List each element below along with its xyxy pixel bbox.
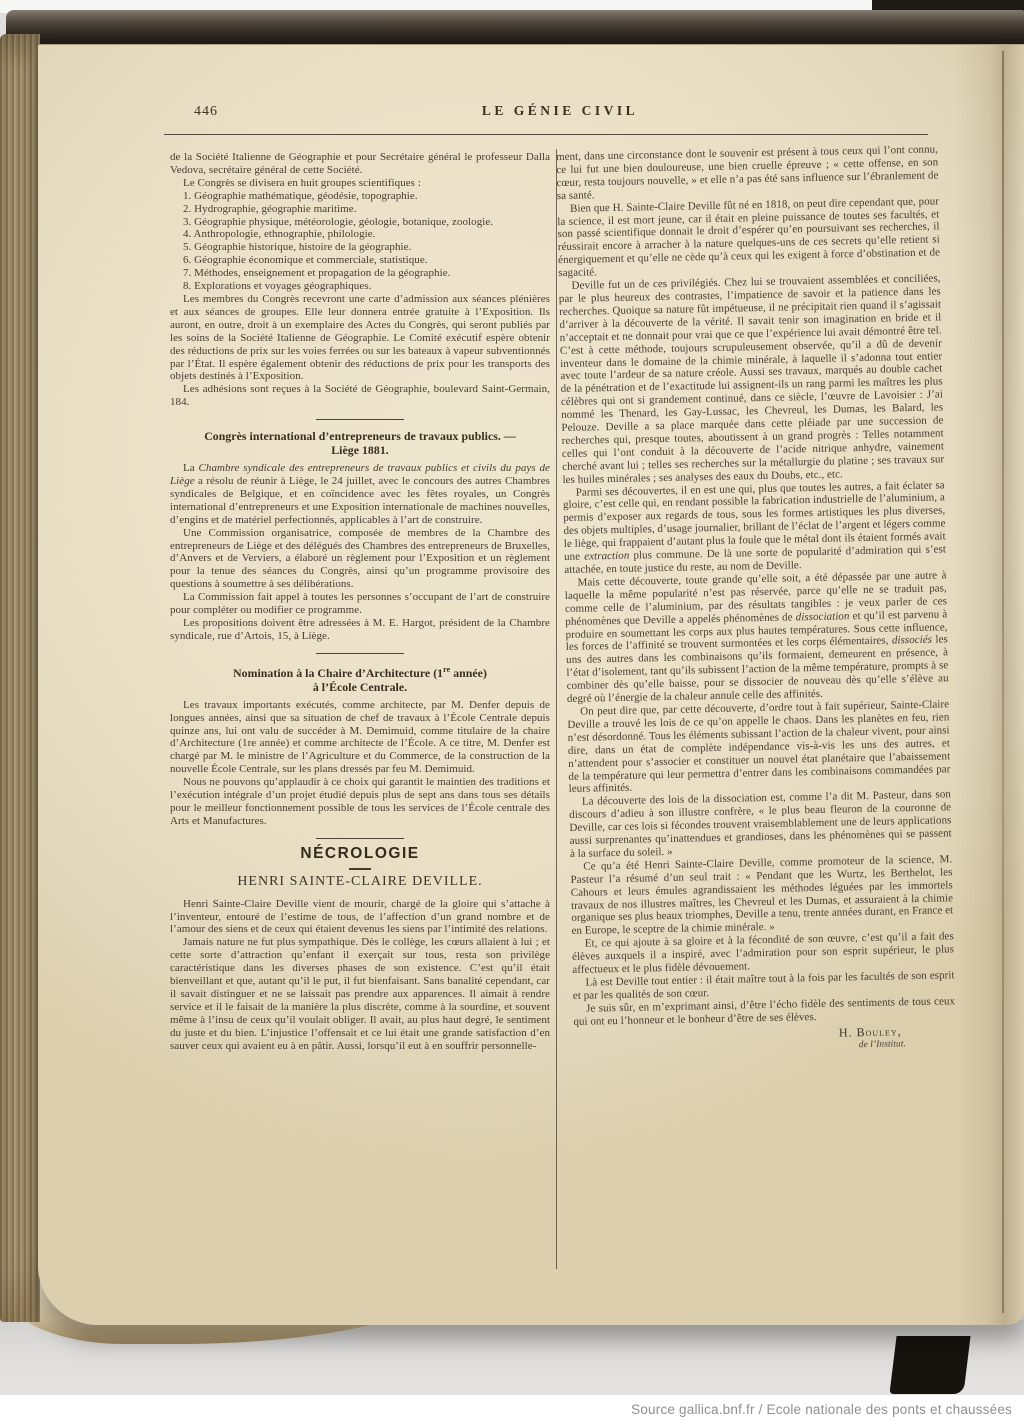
left-column: de la Société Italienne de Géographie et…: [170, 151, 550, 1057]
paragraph: Le Congrès se divisera en huit groupes s…: [170, 177, 550, 190]
paragraph: Les adhésions sont reçues à la Société d…: [170, 383, 550, 409]
section-heading-nomination: Nomination à la Chaire d’Architecture (1…: [196, 663, 524, 694]
section-divider-rule: [316, 653, 404, 654]
paragraph: La Chambre syndicale des entrepreneurs d…: [170, 462, 550, 527]
paragraph: Jamais nature ne fut plus sympathique. D…: [170, 936, 550, 1052]
paragraph: de la Société Italienne de Géographie et…: [170, 151, 550, 177]
section-divider-rule: [316, 419, 404, 420]
text-run: Nomination à la Chaire d’Architecture (1: [233, 666, 443, 680]
text-run: année): [450, 666, 487, 680]
gutter-fold-line: [1002, 51, 1004, 1313]
paragraph: Les membres du Congrès recevront une car…: [170, 293, 550, 383]
journal-page: 446 LE GÉNIE CIVIL de la Société Italien…: [38, 44, 1024, 1325]
text-run: à l’École Centrale.: [313, 680, 407, 694]
page-edge-stack: [0, 34, 40, 1322]
paragraph: Ce qu’a été Henri Sainte-Claire Deville,…: [570, 853, 953, 938]
list-item: 8. Explorations et voyages géographiques…: [170, 280, 550, 293]
paragraph: Nous ne pouvons qu’applaudir à ce choix …: [170, 776, 550, 828]
section-divider-rule: [316, 838, 404, 839]
italic-phrase: dissociation: [796, 610, 850, 623]
paragraph: Les propositions doivent être adressées …: [170, 617, 550, 643]
list-item: 6. Géographie économique et commerciale,…: [170, 254, 550, 267]
italic-phrase: extraction: [584, 550, 629, 563]
book-top-edge: [6, 10, 1024, 46]
scanned-book-photo: 446 LE GÉNIE CIVIL de la Société Italien…: [0, 0, 1024, 1425]
list-item: 1. Géographie mathématique, géodésie, to…: [170, 190, 550, 203]
italic-phrase: dissociés: [892, 634, 932, 647]
right-column: ment, dans une circonstance dont le souv…: [556, 143, 956, 1057]
paragraph: Deville fut un de ces privilégiés. Chez …: [558, 272, 944, 486]
paragraph: Parmi ses découvertes, il en est une qui…: [563, 479, 947, 577]
paragraph: Une Commission organisatrice, composée d…: [170, 527, 550, 592]
paragraph: Henri Sainte-Claire Deville vient de mou…: [170, 898, 550, 937]
printed-area: 446 LE GÉNIE CIVIL de la Société Italien…: [170, 97, 950, 1057]
paragraph: Mais cette découverte, toute grande qu’e…: [564, 569, 949, 706]
list-item: 5. Géographie historique, histoire de la…: [170, 241, 550, 254]
paragraph: Bien que H. Sainte-Claire Deville fût né…: [557, 195, 940, 280]
page-header: 446 LE GÉNIE CIVIL: [170, 97, 950, 135]
paragraph: La Commission fait appel à toutes les pe…: [170, 591, 550, 617]
list-item: 2. Hydrographie, géographie maritime.: [170, 203, 550, 216]
list-item: 7. Méthodes, enseignement et propagation…: [170, 267, 550, 280]
paragraph: On peut dire que, par cette découverte, …: [567, 698, 951, 796]
obituary-title: HENRI SAINTE-CLAIRE DEVILLE.: [170, 876, 550, 889]
text-run: a résolu de réunir à Liège, le 24 juille…: [170, 475, 550, 526]
text-columns: de la Société Italienne de Géographie et…: [170, 135, 950, 1057]
list-item: 3. Géographie physique, météorologie, gé…: [170, 216, 550, 229]
signature-block: H. Bouley, de l’Institut.: [574, 1024, 956, 1057]
paragraph: Les travaux importants exécutés, comme a…: [170, 699, 550, 776]
journal-title: LE GÉNIE CIVIL: [170, 103, 950, 119]
book-cover-corner: [889, 1336, 970, 1394]
section-heading-congres-liege: Congrès international d’entrepreneurs de…: [196, 429, 524, 457]
heading-dash: [349, 868, 371, 870]
list-item: 4. Anthropologie, ethnographie, philolog…: [170, 228, 550, 241]
paragraph: La découverte des lois de la dissociatio…: [569, 789, 952, 861]
page-gutter-shadow: [954, 45, 1024, 1325]
text-run: La: [183, 462, 199, 474]
gallica-footer-bar: Source gallica.bnf.fr / Ecole nationale …: [0, 1395, 1024, 1425]
paragraph: ment, dans une circonstance dont le souv…: [556, 143, 939, 202]
necrologie-heading: NÉCROLOGIE: [170, 848, 550, 861]
source-attribution: Source gallica.bnf.fr / Ecole nationale …: [631, 1395, 1012, 1425]
